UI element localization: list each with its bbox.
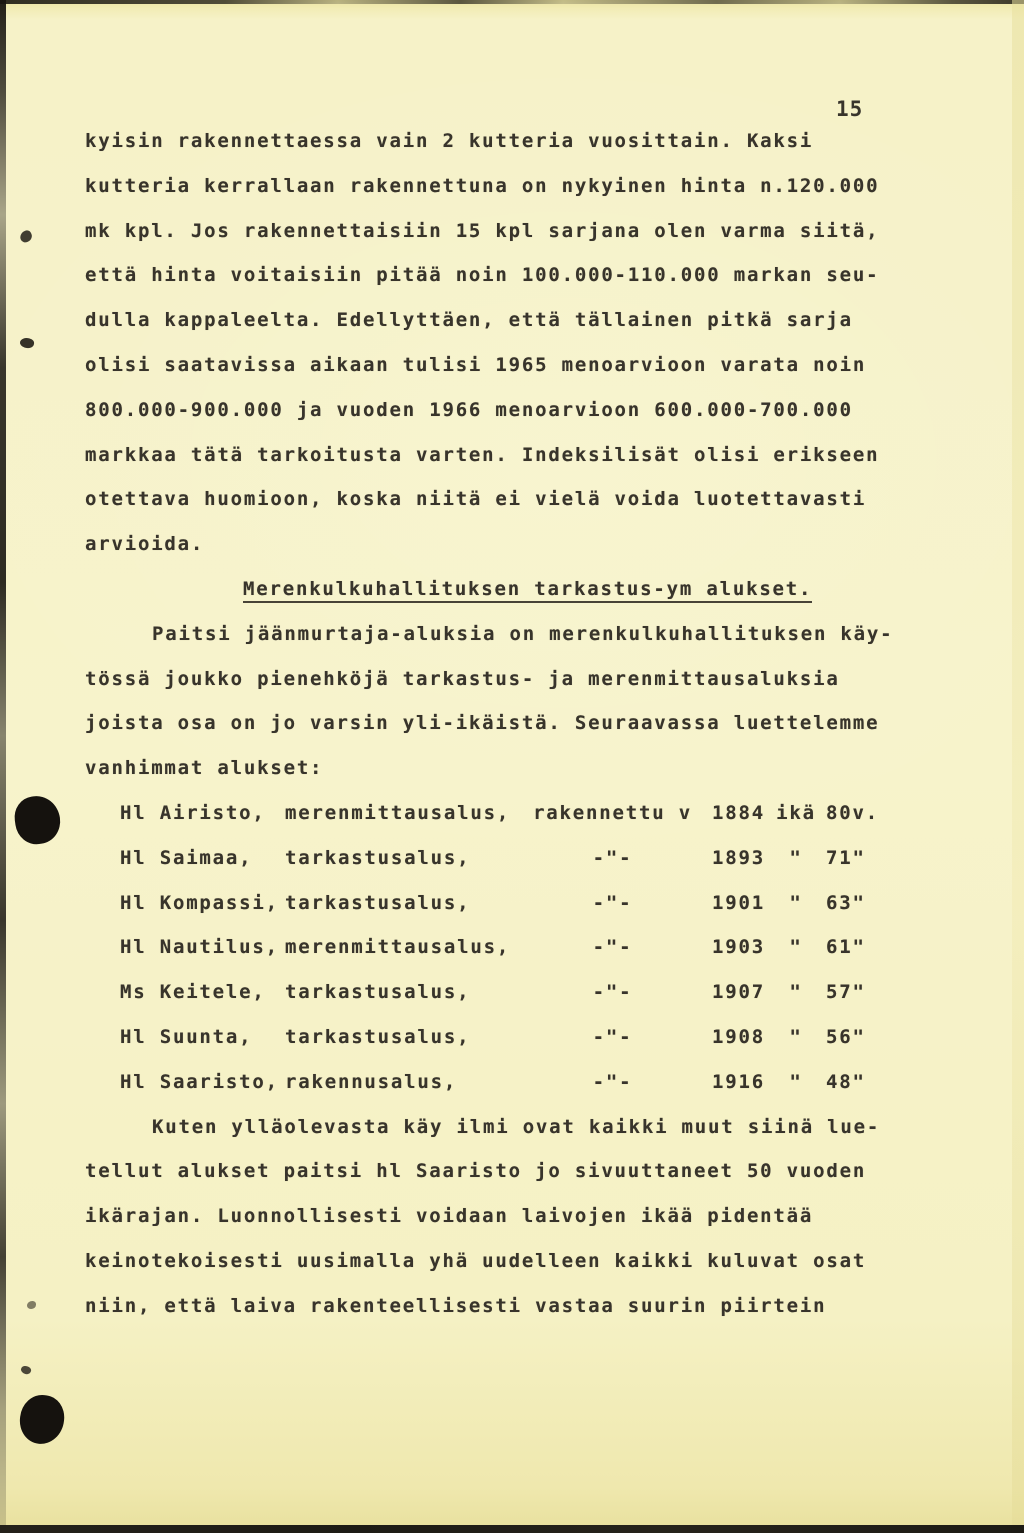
- hole-punch-mark-bottom: [18, 1393, 67, 1446]
- ship-ditto-mark: ": [772, 981, 820, 1026]
- ship-year: 1901: [700, 892, 772, 937]
- ship-name: Hl Nautilus,: [120, 936, 285, 981]
- ship-age: 61": [820, 936, 910, 981]
- ship-name: Hl Airisto,: [120, 802, 285, 847]
- body-line: arvioida.: [85, 533, 985, 578]
- body-line: kyisin rakennettaessa vain 2 kutteria vu…: [85, 130, 985, 175]
- ship-ditto-mark: ": [772, 936, 820, 981]
- ship-list-row: Hl Kompassi, tarkastusalus, -"- 1901 " 6…: [120, 892, 985, 937]
- ship-year: 1916: [700, 1071, 772, 1116]
- ship-age: 80v.: [820, 802, 910, 847]
- body-line: tellut alukset paitsi hl Saaristo jo siv…: [85, 1160, 985, 1205]
- document-body: kyisin rakennettaessa vain 2 kutteria vu…: [85, 130, 985, 1340]
- page-number: 15: [836, 97, 863, 121]
- body-line: Kuten ylläolevasta käy ilmi ovat kaikki …: [85, 1116, 985, 1161]
- ship-ditto-mark: -"-: [525, 936, 700, 981]
- body-line: niin, että laiva rakenteellisesti vastaa…: [85, 1295, 985, 1340]
- ship-age-label: ikä: [772, 802, 820, 847]
- ship-list-row: Hl Suunta, tarkastusalus, -"- 1908 " 56": [120, 1026, 985, 1071]
- ship-age: 71": [820, 847, 910, 892]
- ship-ditto-mark: -"-: [525, 1071, 700, 1116]
- ship-type: tarkastusalus,: [285, 981, 525, 1026]
- ship-ditto-mark: ": [772, 1071, 820, 1116]
- body-line: Paitsi jäänmurtaja-aluksia on merenkulku…: [85, 623, 985, 668]
- ship-year: 1908: [700, 1026, 772, 1071]
- scan-edge-left: [0, 0, 6, 1533]
- ship-age: 63": [820, 892, 910, 937]
- ship-ditto-mark: -"-: [525, 847, 700, 892]
- body-line: 800.000-900.000 ja vuoden 1966 menoarvio…: [85, 399, 985, 444]
- body-line: keinotekoisesti uusimalla yhä uudelleen …: [85, 1250, 985, 1295]
- body-line: vanhimmat alukset:: [85, 757, 985, 802]
- ship-year: 1903: [700, 936, 772, 981]
- ship-ditto-mark: -"-: [525, 981, 700, 1026]
- ship-ditto-mark: ": [772, 1026, 820, 1071]
- body-line: tössä joukko pienehköjä tarkastus- ja me…: [85, 668, 985, 713]
- ship-name: Hl Kompassi,: [120, 892, 285, 937]
- ship-year: 1893: [700, 847, 772, 892]
- ship-type: merenmittausalus,: [285, 802, 525, 847]
- body-line: otettava huomioon, koska niitä ei vielä …: [85, 488, 985, 533]
- ship-list-row: Hl Saaristo, rakennusalus, -"- 1916 " 48…: [120, 1071, 985, 1116]
- ink-speck: [27, 1301, 36, 1309]
- body-line: ikärajan. Luonnollisesti voidaan laivoje…: [85, 1205, 985, 1250]
- ship-built-col: rakennettu v: [525, 802, 700, 847]
- ink-speck: [19, 336, 35, 349]
- section-heading-text: Merenkulkuhallituksen tarkastus-ym aluks…: [243, 578, 812, 603]
- ship-list-row: Hl Nautilus, merenmittausalus, -"- 1903 …: [120, 936, 985, 981]
- ship-age: 56": [820, 1026, 910, 1071]
- body-line: joista osa on jo varsin yli-ikäistä. Seu…: [85, 712, 985, 757]
- body-line: markkaa tätä tarkoitusta varten. Indeksi…: [85, 444, 985, 489]
- ink-speck: [20, 1364, 33, 1376]
- body-line: että hinta voitaisiin pitää noin 100.000…: [85, 264, 985, 309]
- ship-year: 1907: [700, 981, 772, 1026]
- hole-punch-mark-top: [12, 793, 63, 847]
- ship-year: 1884: [700, 802, 772, 847]
- ship-list-row: Hl Saimaa, tarkastusalus, -"- 1893 " 71": [120, 847, 985, 892]
- ship-ditto-mark: -"-: [525, 892, 700, 937]
- ship-name: Hl Saimaa,: [120, 847, 285, 892]
- ship-type: tarkastusalus,: [285, 847, 525, 892]
- ship-name: Ms Keitele,: [120, 981, 285, 1026]
- scan-edge-bottom: [0, 1525, 1024, 1533]
- ship-name: Hl Saaristo,: [120, 1071, 285, 1116]
- ink-speck: [18, 229, 34, 244]
- body-line: olisi saatavissa aikaan tulisi 1965 meno…: [85, 354, 985, 399]
- ship-name: Hl Suunta,: [120, 1026, 285, 1071]
- body-line: dulla kappaleelta. Edellyttäen, että täl…: [85, 309, 985, 354]
- ship-age: 48": [820, 1071, 910, 1116]
- ship-type: rakennusalus,: [285, 1071, 525, 1116]
- scan-edge-right: [1012, 0, 1024, 1533]
- ship-ditto-mark: ": [772, 892, 820, 937]
- ship-ditto-mark: -"-: [525, 1026, 700, 1071]
- ship-age: 57": [820, 981, 910, 1026]
- body-line: kutteria kerrallaan rakennettuna on nyky…: [85, 175, 985, 220]
- ship-ditto-mark: ": [772, 847, 820, 892]
- ship-type: tarkastusalus,: [285, 892, 525, 937]
- scan-edge-top: [0, 0, 1024, 4]
- ship-type: tarkastusalus,: [285, 1026, 525, 1071]
- body-line: mk kpl. Jos rakennettaisiin 15 kpl sarja…: [85, 220, 985, 265]
- ship-list-row: Ms Keitele, tarkastusalus, -"- 1907 " 57…: [120, 981, 985, 1026]
- ship-type: merenmittausalus,: [285, 936, 525, 981]
- ship-list-row: Hl Airisto, merenmittausalus, rakennettu…: [120, 802, 985, 847]
- scanned-document-page: 15 kyisin rakennettaessa vain 2 kutteria…: [0, 0, 1024, 1533]
- section-heading: Merenkulkuhallituksen tarkastus-ym aluks…: [243, 578, 985, 623]
